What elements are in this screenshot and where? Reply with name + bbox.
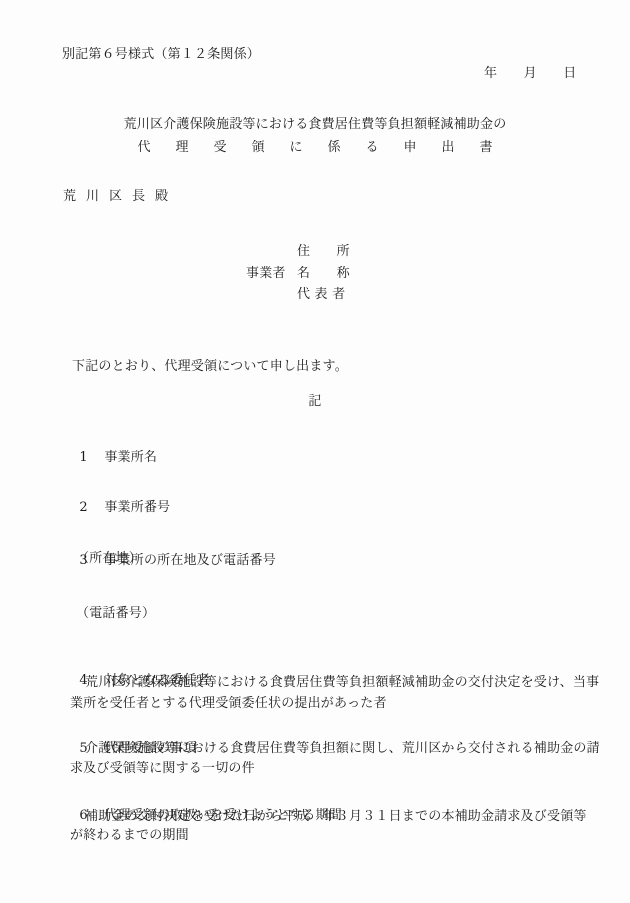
item-1-heading: 事業所名	[104, 450, 157, 465]
item-3-address-sublabel: （所在地）	[76, 549, 142, 569]
item-5-body-line1: 介護保険施設等における食費居住費等負担額に関し、荒川区から交付される補助金の請	[85, 739, 600, 759]
item-2: 2事業所番号	[62, 478, 170, 538]
item-5-body-line2: 求及び受領等に関する一切の件	[70, 759, 255, 779]
applicant-address-label: 住 所	[297, 242, 350, 262]
item-2-number: 2	[79, 498, 104, 518]
applicant-name-label: 名 称	[297, 264, 350, 284]
date-line: 年 月 日	[484, 64, 576, 84]
intro-sentence: 下記のとおり、代理受領について申し出ます。	[72, 357, 348, 377]
item-4-body-line2: 業所を受任者とする代理受領委任状の提出があった者	[70, 694, 387, 714]
document-title-line1: 荒川区介護保険施設等における食費居住費等負担額軽減補助金の	[0, 115, 630, 135]
applicant-representative-label: 代 表 者	[297, 285, 345, 305]
item-4-body-line1: 荒川区介護保険施設等における食費居住費等負担額軽減補助金の交付決定を受け、当事	[85, 673, 599, 693]
form-number: 別記第６号様式（第１２条関係）	[62, 45, 260, 65]
item-2-heading: 事業所番号	[104, 500, 170, 515]
applicant-company-label: 事業者	[246, 264, 286, 284]
item-6-body-line1: 補助金の交付決定を受けた日から平成 年３月３１日までの本補助金請求及び受領等	[85, 807, 587, 827]
item-1-number: 1	[79, 448, 104, 468]
document-title-line2: 代理受領に係る申出書	[0, 138, 630, 158]
item-3-phone-sublabel: （電話番号）	[76, 604, 155, 624]
record-heading: 記	[0, 392, 630, 412]
document-page: 別記第６号様式（第１２条関係） 年 月 日 荒川区介護保険施設等における食費居住…	[0, 0, 630, 903]
addressee: 荒川区長殿	[63, 187, 178, 207]
item-6-body-line2: が終わるまでの期間	[70, 826, 189, 846]
